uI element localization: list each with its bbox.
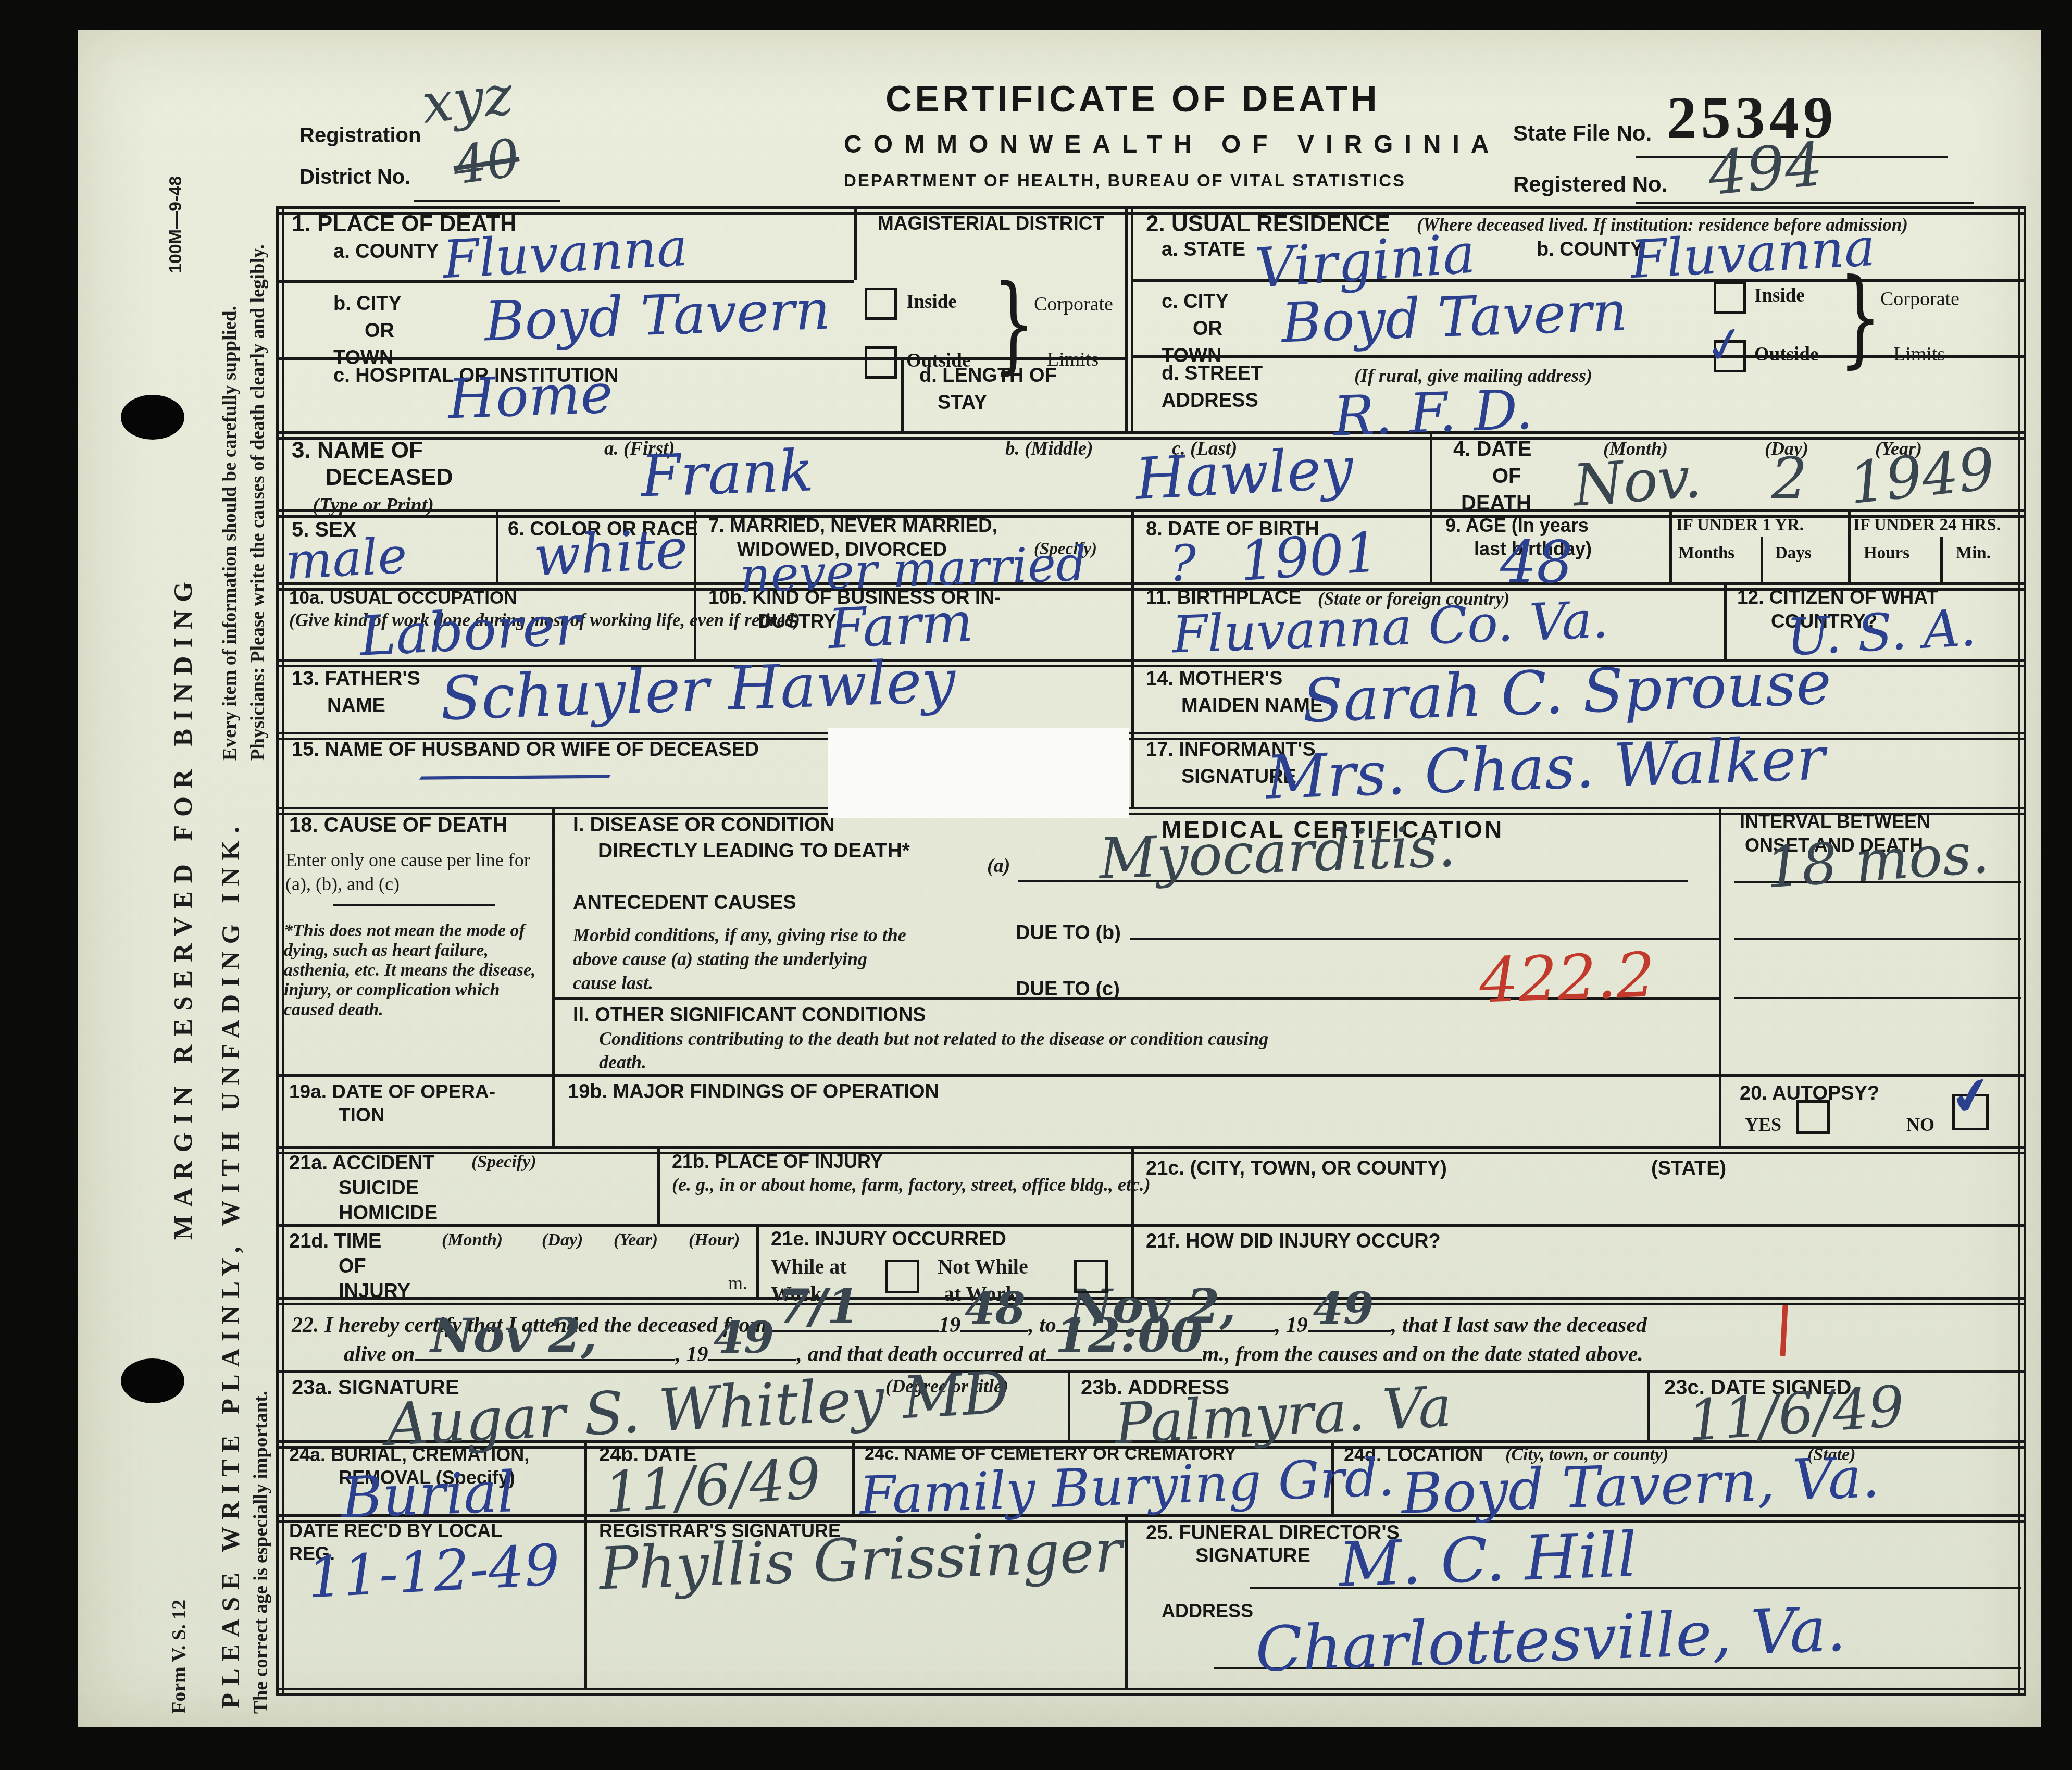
age-value: 48: [1500, 529, 1573, 595]
funeral-address-label: ADDRESS: [1162, 1600, 1253, 1622]
injury-year-label: (Year): [614, 1230, 658, 1250]
marital-label-1: 7. MARRIED, NEVER MARRIED,: [708, 515, 997, 537]
residence-city-label-1: c. CITY: [1162, 291, 1229, 313]
registration-district-value: xyz: [419, 63, 516, 136]
scan-background: 100M—9-48 Every item of information shou…: [0, 0, 2072, 1770]
first-name-value: Frank: [640, 437, 815, 510]
hospital-value: Home: [447, 362, 614, 431]
certify-text-2: , to: [1028, 1313, 1056, 1337]
place-of-injury-bold: 21b. PLACE OF INJURY: [672, 1151, 882, 1172]
cause-note-2: *This does not mean the mode of dying, s…: [284, 921, 542, 1020]
certify-text-3: , that I last saw the deceased: [1391, 1313, 1647, 1337]
type-or-print-note: (Type or Print): [313, 494, 434, 517]
cause-a-value: Myocarditis.: [1098, 814, 1456, 892]
certify-year3-blank: 49: [708, 1359, 796, 1361]
business-label-2: DUSTRY: [758, 610, 837, 632]
divider: [1131, 732, 1134, 807]
certify-no: 22.: [292, 1313, 319, 1337]
form-number: Form V. S. 12: [168, 1521, 191, 1714]
last-name-value: Hawley: [1134, 434, 1355, 513]
if-under-24hrs-label: IF UNDER 24 HRS.: [1853, 516, 2001, 535]
divider-center: [1125, 206, 1128, 431]
father-label-1: 13. FATHER'S: [292, 668, 420, 690]
name-of-deceased-label-1: 3. NAME OF: [292, 438, 423, 464]
funeral-director-label-2: SIGNATURE: [1195, 1545, 1310, 1567]
other-significant-label: II. OTHER SIGNIFICANT CONDITIONS: [573, 1004, 926, 1027]
morbid-note: Morbid conditions, if any, giving rise t…: [573, 923, 912, 995]
certify-19-2: , 19: [1275, 1313, 1308, 1337]
injury-occurred-label: 21e. INJURY OCCURRED: [771, 1228, 1006, 1251]
residence-limits-label: Limits: [1893, 343, 1945, 366]
days-label: Days: [1775, 544, 1812, 563]
injury-month-label: (Month): [442, 1230, 503, 1250]
residence-corporate-label: Corporate: [1880, 288, 1959, 310]
rule: [276, 431, 2026, 434]
inside-label: Inside: [906, 291, 957, 313]
residence-city-value: Boyd Tavern: [1280, 279, 1628, 355]
interval-line-2: [1734, 938, 2021, 940]
rule: [1131, 355, 2026, 358]
months-label: Months: [1678, 544, 1734, 563]
interval-line-3: [1734, 997, 2021, 999]
rule: [276, 807, 2026, 809]
margin-reserved-binding: MARGIN RESERVED FOR BINDING: [168, 563, 198, 1240]
border-left: [276, 206, 279, 1693]
divider: [1669, 509, 1672, 582]
inside-checkbox: [865, 288, 897, 320]
rule-bottom: [276, 1688, 2026, 1690]
margin-note-physicians: Physicians: Please write the causes of d…: [247, 115, 269, 761]
registration-label: Registration: [299, 124, 421, 147]
disease-label-1: I. DISEASE OR CONDITION: [573, 814, 835, 837]
time-of-injury-label-1: 21d. TIME: [289, 1230, 381, 1253]
time-of-injury-label-2: OF: [339, 1255, 366, 1278]
residence-inside-checkbox: [1714, 281, 1746, 314]
certify-year2-blank: 49: [1308, 1330, 1391, 1332]
cause-note-1: Enter only one cause per line for (a), (…: [285, 848, 535, 896]
rule: [276, 1370, 2026, 1373]
place-of-injury-label: 21b. PLACE OF INJURY (e. g., in or about…: [672, 1150, 1120, 1196]
injury-hour-label: (Hour): [689, 1230, 740, 1250]
city-label-2: OR: [365, 320, 394, 342]
rule: [276, 1224, 2026, 1227]
department-line: DEPARTMENT OF HEALTH, BUREAU OF VITAL ST…: [844, 171, 1354, 191]
street-address-label-2: ADDRESS: [1162, 390, 1258, 412]
street-address-value: R. F. D.: [1332, 378, 1534, 448]
birth-year-value: 1901: [1238, 520, 1381, 593]
certify-year1-blank: 48: [960, 1330, 1028, 1332]
husband-wife-dash: —: [406, 744, 622, 803]
margin-write-plainly: PLEASE WRITE PLAINLY, WITH UNFADING INK.: [216, 745, 245, 1709]
color-race-value: white: [532, 517, 689, 588]
district-no-line: [414, 200, 560, 202]
district-no-label: District No.: [299, 166, 410, 189]
state-label: a. STATE: [1162, 239, 1245, 261]
residence-inside-label: Inside: [1754, 284, 1805, 307]
divider: [1131, 509, 1134, 582]
divider: [852, 1440, 855, 1514]
street-address-label-1: d. STREET: [1162, 363, 1263, 385]
date-recd-value: 11-12-49: [306, 1532, 561, 1611]
while-at-label: While at: [771, 1254, 847, 1279]
certify-hour-value: 12:00: [1055, 1308, 1203, 1363]
certify-year1-value: 48: [965, 1282, 1026, 1334]
city-value: Boyd Tavern: [483, 278, 831, 353]
length-of-stay-label-1: d. LENGTH OF: [919, 365, 1057, 387]
if-under-1yr-label: IF UNDER 1 YR.: [1676, 516, 1804, 535]
cause-code-red: 422.2: [1478, 939, 1656, 1017]
redaction-patch: [828, 728, 1129, 818]
divider: [1131, 659, 1134, 732]
margin-note-every-item: Every item of information should be care…: [219, 115, 241, 761]
hours-label: Hours: [1864, 544, 1909, 563]
print-run-code: 100M—9-48: [166, 112, 186, 273]
not-while-label: Not While: [938, 1254, 1028, 1279]
certificate-title: CERTIFICATE OF DEATH: [885, 78, 1313, 120]
registration-district-crossed-out: 40: [449, 127, 523, 197]
autopsy-no-label: NO: [1906, 1114, 1934, 1136]
burial-value: Burial: [340, 1460, 516, 1531]
certify-year2-value: 49: [1313, 1282, 1374, 1334]
occupation-value: Laborer: [358, 593, 582, 668]
min-label: Min.: [1956, 544, 1991, 563]
commonwealth-subtitle: COMMONWEALTH OF VIRGINIA: [844, 130, 1354, 159]
certify-text-6: m., from the causes and on the date stat…: [1202, 1342, 1643, 1366]
certify-text-5: , and that death occurred at: [796, 1342, 1045, 1366]
birth-question-mark: ?: [1169, 535, 1196, 593]
rule: [276, 206, 2026, 209]
certify-19-1: 19: [939, 1313, 960, 1337]
date-of-operation-label-2: TION: [339, 1104, 384, 1126]
antecedent-label: ANTECEDENT CAUSES: [573, 892, 796, 914]
accident-specify-note: (Specify): [471, 1152, 536, 1172]
divider: [1719, 807, 1721, 1146]
death-day-value: 2: [1771, 445, 1807, 512]
divider: [1940, 537, 1943, 582]
certify-hour-blank: 12:00: [1046, 1359, 1202, 1361]
date-of-death-label-3: DEATH: [1461, 492, 1531, 515]
place-of-injury-paren: (e. g., in or about home, farm, factory,…: [672, 1174, 1151, 1195]
divider: [1848, 509, 1851, 582]
certify-year3-value: 49: [714, 1312, 775, 1363]
major-findings-label: 19b. MAJOR FINDINGS OF OPERATION: [568, 1081, 939, 1103]
residence-outside-label: Outside: [1754, 343, 1818, 366]
divider: [1125, 1514, 1128, 1688]
county-label: a. COUNTY: [333, 241, 439, 263]
certify-from-value: 7/1: [777, 1279, 859, 1334]
certify-alive-value: Nov 2,: [430, 1308, 597, 1363]
due-to-b-label: DUE TO (b): [1016, 922, 1121, 944]
residence-county-value: Fluvanna: [1629, 217, 1877, 290]
sex-value: male: [284, 527, 408, 591]
divider: [1724, 582, 1727, 659]
corporate-label: Corporate: [1034, 293, 1113, 316]
accident-label-1: 21a. ACCIDENT: [289, 1152, 434, 1175]
certify-19-3: , 19: [675, 1342, 708, 1366]
date-of-operation-label-1: 19a. DATE OF OPERA-: [289, 1081, 495, 1103]
time-of-injury-label-3: INJURY: [339, 1280, 410, 1303]
other-significant-text: Conditions contributing to the death but…: [599, 1027, 1302, 1074]
divider: [1761, 537, 1763, 582]
length-of-stay-label-2: STAY: [938, 392, 987, 414]
name-of-deceased-label-2: DECEASED: [326, 465, 453, 491]
disease-label-2: DIRECTLY LEADING TO DEATH*: [598, 840, 910, 863]
death-month-value: Nov.: [1571, 444, 1704, 519]
certify-from-blank: 7/1: [767, 1330, 939, 1332]
husband-wife-value: —: [411, 746, 461, 803]
date-of-death-label-2: OF: [1492, 465, 1521, 488]
injury-day-label: (Day): [542, 1230, 583, 1250]
rule: [276, 1074, 2026, 1077]
residence-city-label-2: OR: [1193, 318, 1222, 340]
autopsy-yes-checkbox: [1796, 1100, 1830, 1134]
registered-no-label: Registered No.: [1513, 172, 1667, 197]
divider: [657, 1146, 660, 1224]
cause-of-death-label: 18. CAUSE OF DEATH: [289, 814, 507, 837]
divider: [1430, 509, 1432, 582]
divider: [1131, 582, 1134, 659]
divider: [756, 1224, 759, 1297]
divider: [854, 206, 857, 280]
punch-hole-bottom: [121, 1358, 184, 1403]
rule: [276, 1146, 2026, 1149]
not-while-at-work-checkbox: [1074, 1260, 1108, 1293]
cause-a-label: (a): [987, 854, 1010, 877]
magisterial-district-label: MAGISTERIAL DISTRICT: [878, 213, 1104, 234]
outside-checkbox: [865, 346, 897, 379]
border-right: [2018, 206, 2020, 1693]
certify-alive-blank: Nov 2,: [415, 1359, 675, 1361]
funeral-director-signature-value: M. C. Hill: [1338, 1518, 1639, 1601]
while-at-work-checkbox: [885, 1260, 919, 1293]
cause-note-rule: [333, 904, 495, 906]
how-did-injury-occur-label: 21f. HOW DID INJURY OCCUR?: [1146, 1230, 1441, 1253]
divider: [496, 509, 498, 582]
state-file-no-label: State File No.: [1513, 121, 1652, 146]
corporate-brace: }: [992, 262, 1035, 385]
divider: [1647, 1370, 1650, 1440]
injury-city-label: 21c. (CITY, TOWN, OR COUNTY): [1146, 1157, 1447, 1180]
divider: [584, 1440, 587, 1514]
injury-state-label: (STATE): [1651, 1157, 1726, 1180]
autopsy-yes-label: YES: [1745, 1114, 1781, 1136]
registered-no-value: 494: [1706, 130, 1826, 209]
divider: [1068, 1370, 1070, 1440]
mother-label-1: 14. MOTHER'S: [1146, 668, 1282, 690]
margin-correct-age: The correct age is especially important.: [250, 1271, 272, 1714]
registered-no-line: [1636, 202, 1974, 204]
accident-label-3: HOMICIDE: [339, 1202, 438, 1225]
county-value: Fluvanna: [441, 217, 689, 290]
middle-name-label: b. (Middle): [1005, 438, 1093, 460]
divider: [901, 357, 904, 431]
accident-label-2: SUICIDE: [339, 1177, 419, 1200]
city-label-1: b. CITY: [333, 293, 402, 315]
punch-hole-top: [121, 395, 184, 440]
injury-m-label: m.: [728, 1272, 747, 1294]
divider: [584, 1514, 587, 1688]
father-label-2: NAME: [327, 695, 385, 717]
divider: [552, 807, 555, 1146]
certify-text-4: alive on: [344, 1342, 415, 1366]
residence-county-label: b. COUNTY: [1537, 239, 1643, 261]
